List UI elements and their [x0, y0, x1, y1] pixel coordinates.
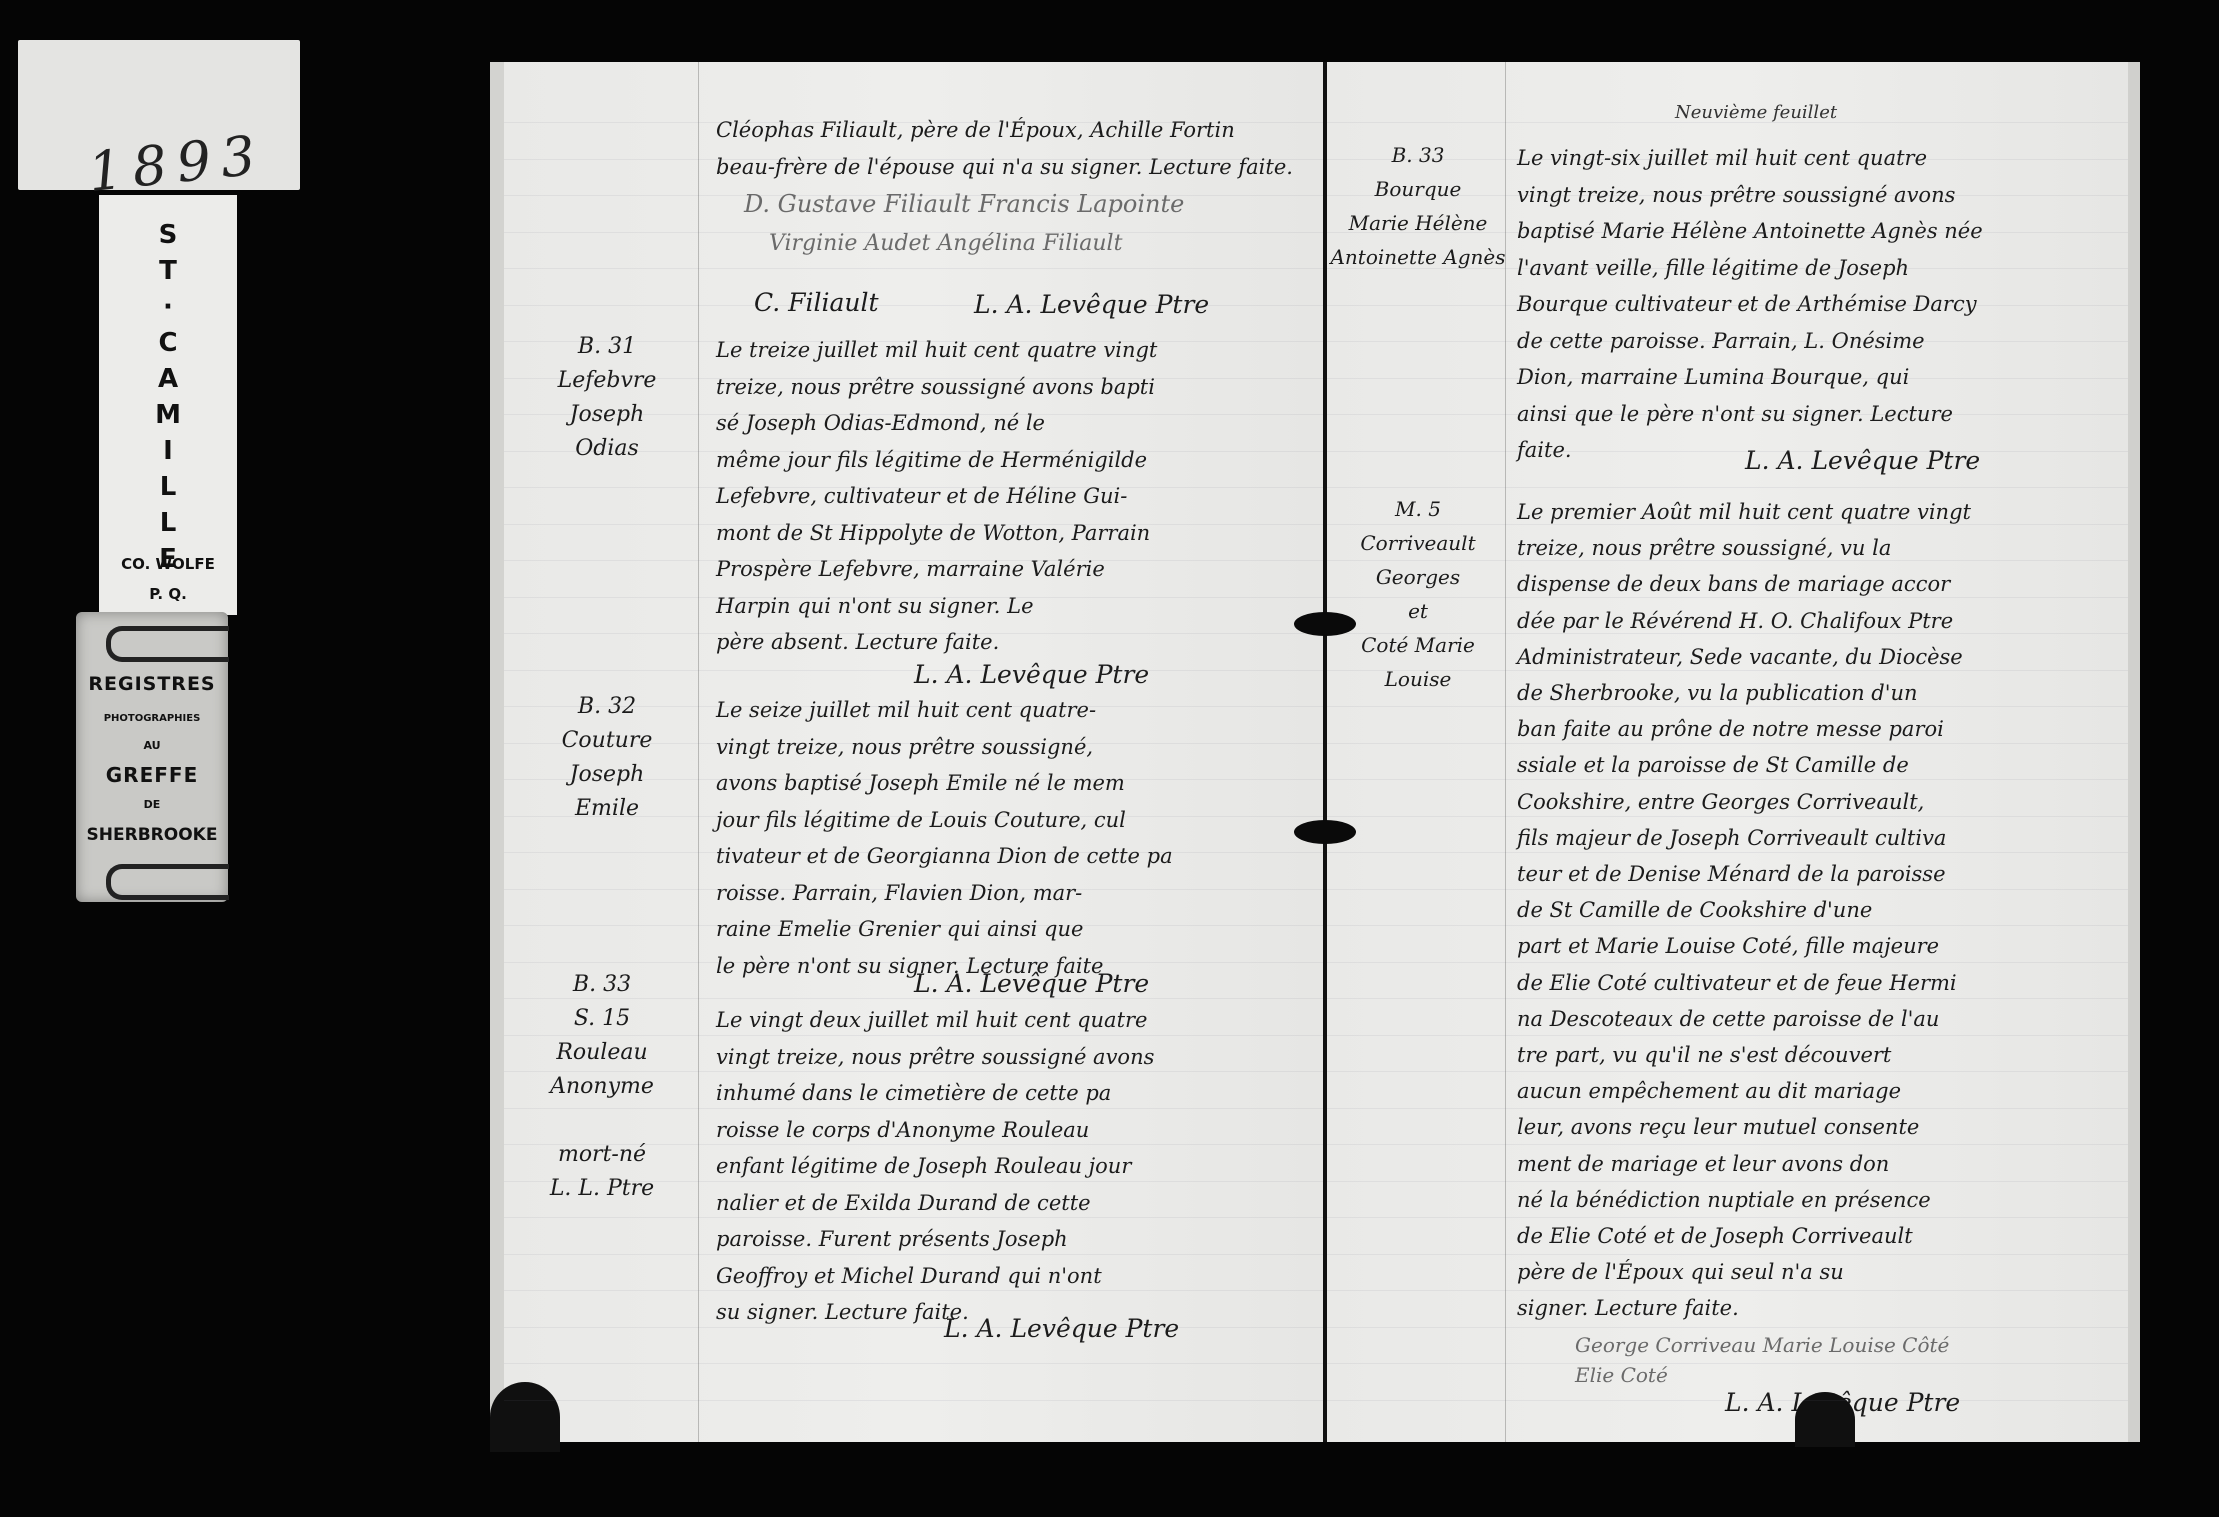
ledger-rule: [504, 195, 1325, 196]
paperclip-icon: [106, 864, 229, 900]
baptism-entry-text: Le treize juillet mil huit cent quatre v…: [716, 332, 1157, 661]
stamp-line: PHOTOGRAPHIES: [76, 704, 228, 734]
ledger-rule: [1325, 1327, 2128, 1328]
ledger-rule: [1325, 743, 2128, 744]
ledger-rule: [1325, 268, 2128, 269]
ledger-rule: [1325, 998, 2128, 999]
ledger-rule: [504, 633, 1325, 634]
ledger-rule: [1325, 159, 2128, 160]
county-label: CO. WOLFE P. Q.: [99, 549, 237, 609]
ledger-rule: [504, 962, 1325, 963]
paperclip-icon: [106, 626, 229, 662]
ledger-rule: [504, 1327, 1325, 1328]
ledger-rule: [1325, 670, 2128, 671]
ledger-rule: [504, 159, 1325, 160]
ledger-rule: [504, 1290, 1325, 1291]
ledger-rule: [1325, 1071, 2128, 1072]
binding-stitch: [1294, 820, 1356, 844]
left-page: Cléophas Filiault, père de l'Époux, Achi…: [490, 62, 1325, 1442]
ledger-rule: [1325, 1363, 2128, 1364]
priest-signature: L. A. Levêque Ptre: [914, 969, 1149, 998]
ledger-rule: [1325, 1035, 2128, 1036]
entry-margin-note: B. 32 Couture Joseph Emile: [522, 690, 692, 826]
ledger-rule: [1325, 597, 2128, 598]
ledger-rule: [504, 1181, 1325, 1182]
ledger-rule: [1325, 633, 2128, 634]
ledger-rule: [504, 852, 1325, 853]
ledger-rule: [504, 1071, 1325, 1072]
ledger-rule: [504, 706, 1325, 707]
entry-margin-note: B. 33 S. 15 Rouleau Anonyme mort-né L. L…: [512, 968, 692, 1206]
ledger-rule: [504, 232, 1325, 233]
ledger-rule: [504, 451, 1325, 452]
ledger-rule: [504, 524, 1325, 525]
county-name: CO. WOLFE: [99, 549, 237, 579]
right-page: Neuvième feuillet B. 33 Bourque Marie Hé…: [1325, 62, 2140, 1442]
ledger-rule: [504, 122, 1325, 123]
binding-stitch: [1294, 612, 1356, 636]
ledger-rule: [504, 816, 1325, 817]
entry-margin-note: B. 31 Lefebvre Joseph Odias: [522, 330, 692, 466]
ledger-rule: [504, 341, 1325, 342]
page-curl-shadow: [490, 1382, 560, 1452]
ledger-rule: [1325, 852, 2128, 853]
ledger-rule: [504, 1144, 1325, 1145]
ledger-rule: [1325, 1108, 2128, 1109]
ledger-rule: [504, 1254, 1325, 1255]
book-spine: [1323, 62, 1327, 1442]
ledger-rule: [504, 1400, 1325, 1401]
burial-entry-text: Le vingt deux juillet mil huit cent quat…: [716, 1002, 1154, 1331]
ledger-rule: [504, 743, 1325, 744]
province-name: P. Q.: [99, 579, 237, 609]
stamp-line: SHERBROOKE: [76, 818, 228, 852]
ledger-rule: [504, 925, 1325, 926]
witness-signatures: D. Gustave Filiault Francis Lapointe: [744, 186, 1184, 223]
ledger-rule: [1325, 925, 2128, 926]
stamp-line: AU: [76, 734, 228, 758]
register-year: 1893: [85, 123, 268, 204]
ledger-rule: [504, 1217, 1325, 1218]
parish-label-strip: S T · C A M I L L E CO. WOLFE P. Q.: [99, 195, 237, 615]
year-tag: 1893: [18, 40, 300, 190]
ledger-rule: [504, 1108, 1325, 1109]
ledger-rule: [504, 998, 1325, 999]
signature-filiault: C. Filiault: [754, 288, 879, 317]
ledger-rule: [1325, 962, 2128, 963]
ledger-rule: [1325, 378, 2128, 379]
folio-heading: Neuvième feuillet: [1675, 102, 1837, 123]
ledger-rule: [504, 487, 1325, 488]
ledger-rule: [1325, 706, 2128, 707]
ledger-rule: [504, 597, 1325, 598]
marriage-entry-text: Le premier Août mil huit cent quatre vin…: [1517, 494, 1971, 1327]
ledger-rule: [1325, 1290, 2128, 1291]
ledger-rule: [1325, 195, 2128, 196]
ledger-rule: [504, 1363, 1325, 1364]
ledger-rule: [1325, 1217, 2128, 1218]
ledger-rule: [504, 1035, 1325, 1036]
ledger-rule: [1325, 451, 2128, 452]
archive-stamp-card: REGISTRES PHOTOGRAPHIES AU GREFFE DE SHE…: [76, 612, 228, 902]
priest-signature: L. A. Levêque Ptre: [944, 1314, 1179, 1343]
ledger-rule: [1325, 1254, 2128, 1255]
parish-register-book: Cléophas Filiault, père de l'Époux, Achi…: [490, 62, 2140, 1442]
ledger-rule: [1325, 414, 2128, 415]
baptism-entry-text: Le seize juillet mil huit cent quatre- v…: [716, 692, 1173, 984]
stamp-line: REGISTRES: [76, 664, 228, 704]
ledger-rule: [504, 779, 1325, 780]
witness-signatures: George Corriveau Marie Louise Côté Elie …: [1575, 1330, 1949, 1390]
ledger-rule: [1325, 560, 2128, 561]
stamp-text: REGISTRES PHOTOGRAPHIES AU GREFFE DE SHE…: [76, 664, 228, 852]
margin-rule: [698, 62, 699, 1442]
ledger-rule: [504, 889, 1325, 890]
ledger-rule: [1325, 1144, 2128, 1145]
ledger-rule: [504, 670, 1325, 671]
ledger-rule: [1325, 779, 2128, 780]
ledger-rule: [1325, 816, 2128, 817]
ledger-rule: [1325, 524, 2128, 525]
ledger-rule: [1325, 122, 2128, 123]
ledger-rule: [1325, 1181, 2128, 1182]
ledger-rule: [504, 378, 1325, 379]
ledger-rule: [1325, 889, 2128, 890]
ledger-rule: [1325, 341, 2128, 342]
parish-name: S T · C A M I L L E: [99, 217, 237, 577]
ledger-rule: [1325, 487, 2128, 488]
ledger-rule: [504, 268, 1325, 269]
ledger-rule: [504, 305, 1325, 306]
stamp-line: DE: [76, 792, 228, 818]
ledger-rule: [1325, 232, 2128, 233]
priest-signature: L. A. Levêque Ptre: [914, 660, 1149, 689]
stamp-line: GREFFE: [76, 758, 228, 792]
ledger-rule: [504, 414, 1325, 415]
ledger-rule: [1325, 1400, 2128, 1401]
ledger-rule: [504, 560, 1325, 561]
ledger-rule: [1325, 305, 2128, 306]
